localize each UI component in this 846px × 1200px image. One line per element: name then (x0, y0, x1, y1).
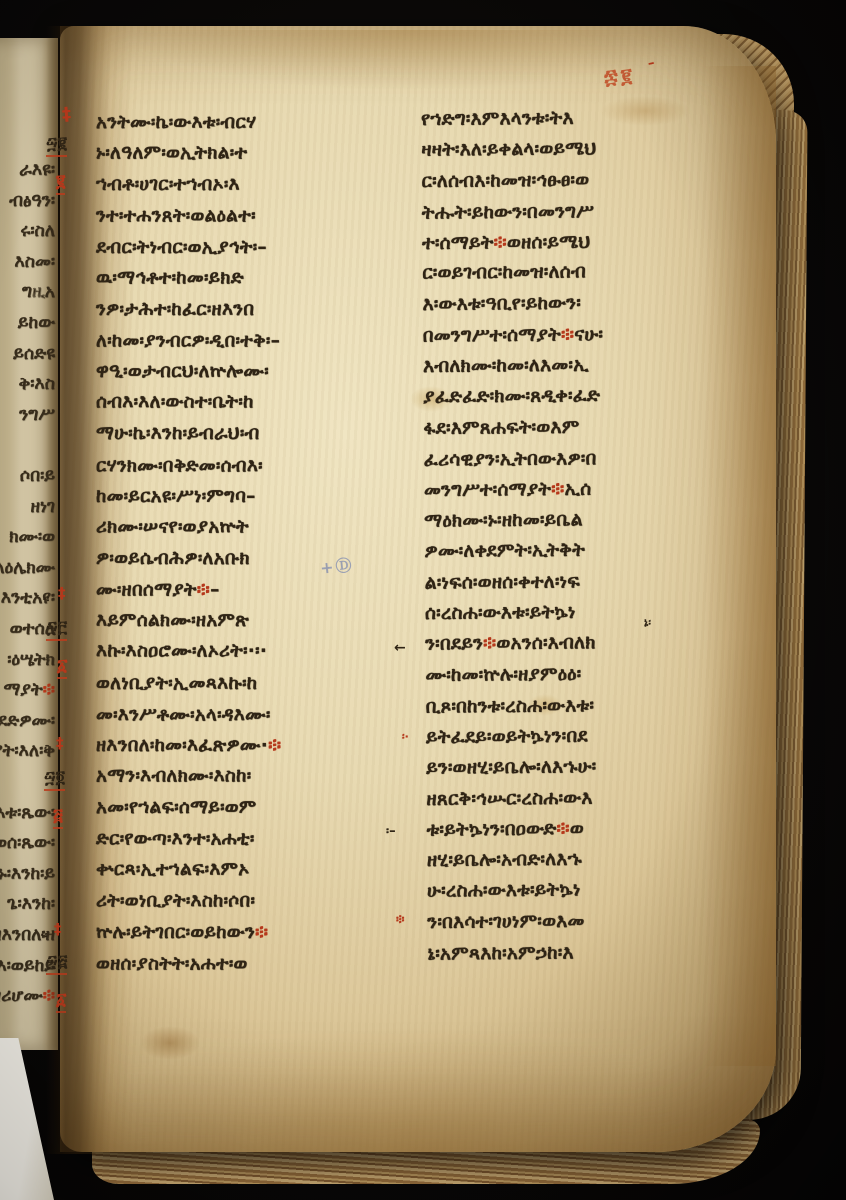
text-line: ሰብእ፡እለ፡ውስተ፡ቤት፡ከ (96, 392, 420, 423)
text-line: ኵሉ፡ይትገበር፡ወይከውን፨ (96, 922, 420, 953)
black-ink-text: ፡– (266, 331, 280, 352)
black-ink-text: ል፡ነፍሰ፡ወዘሰ፡ቀተለ፡ነፍ (425, 572, 580, 594)
black-ink-text: ዘነገ (31, 497, 55, 517)
black-ink-text: ኀብቶ፡ሀገር፡ተኀብኦ፡እ (96, 174, 240, 195)
black-ink-text: ድር፡የውጣ፡እንተ፡አሐቲ፡ (96, 829, 255, 850)
black-ink-text: እብለክሙ፡ከመ፡ለእመ፡ኢ (423, 355, 589, 377)
facing-fragment-line: ግዚአ (22, 282, 55, 302)
red-cross-mark: ‡ (56, 734, 64, 752)
section-number-black: ፵፭ (46, 952, 67, 975)
text-line: ኑ፡ለዓለም፡ወኢትክል፡ተ (96, 143, 420, 174)
text-line: ሙ፡ዘበሰማያት፨– (96, 580, 420, 611)
black-ink-text: ሙ፡ዘበሰማያት (96, 580, 197, 601)
text-line: ከመ፡ይርአዩ፡ሥነ፡ምግባ– (96, 486, 420, 517)
black-ink-text: እቱ፡ጼው፡ (0, 803, 55, 823)
black-ink-text: ያፈድፈድ፡ክሙ፡ጸዲቀ፡ፈድ (423, 385, 600, 407)
text-line: ያፈድፈድ፡ክሙ፡ጸዲቀ፡ፈድ (423, 384, 753, 417)
stain-spot (140, 1026, 200, 1060)
black-ink-text: እስመ፡ (14, 252, 55, 272)
black-ink-text: ዘእንበለ፡ከመ፡እፈጽዎሙ· (96, 735, 268, 756)
text-line: ደብር፡ትነብር፡ወኢያኅት፡– (96, 237, 420, 268)
black-ink-text: ወአንሰ፡እብለክ (496, 632, 595, 654)
text-line: ቍርጻ፡ኢተኀልፍ፡እምኦ (96, 859, 420, 890)
margin-dots: ፡ (44, 742, 47, 757)
black-ink-text: ርሃንክሙ፡በቅድመ፡ሰብእ፡ (96, 455, 263, 476)
text-line: ርሃንክሙ፡በቅድመ፡ሰብእ፡ (96, 455, 420, 486)
text-line: ን፡በደይን፨ወአንሰ፡እብለክ (425, 631, 755, 664)
text-line: እ፡ውእቱ፡ዓቢየ፡ይከውን፡ (422, 292, 752, 325)
text-line: በመንግሥተ፡ሰማያት፨ናሁ፡ (423, 323, 753, 356)
text-line: ንዎ፡ታሕተ፡ከፈር፡ዘእንበ (96, 299, 420, 330)
canon-number-red: ፭ (53, 806, 63, 829)
text-line: ዘእንበለ፡ከመ፡እፈጽዎሙ·፨ (96, 735, 420, 766)
text-line: መንግሥተ፡ሰማያት፨ኢሰ (424, 477, 754, 510)
facing-fragment-line: ክሙ፡ወ (9, 527, 55, 547)
black-ink-text: ዋዒ፡ወታብርህ፡ለኵሎሙ፡ (96, 361, 269, 382)
facing-page-strip: ራእዩ፡ብፅዓን፡ሩ፡ስለእስመ፡ግዚአይከውይሰድዩቅ፡እስንግሥሶበ፡ይዘነ… (0, 38, 58, 1050)
black-ink-text: በመንግሥተ፡ሰማያት (423, 325, 561, 347)
black-ink-text: ን፡በደይን (425, 633, 483, 654)
black-ink-text: ራእዩ፡ (19, 160, 55, 180)
black-ink-text: ናሁ፡ (574, 324, 603, 345)
black-ink-text: ዎ፡ወይሴብሕዎ፡ለአቡክ (96, 548, 250, 569)
black-ink-text: ቢጾ፡በከንቱ፡ረስሐ፡ውእቱ፡ (426, 695, 595, 717)
red-ink-text: ፨ (556, 819, 570, 840)
black-ink-text: ግዚአ (22, 282, 55, 302)
black-ink-text: ሶበ፡ይ (20, 466, 55, 486)
black-ink-text: ኑ፡እንከ፡ይ (0, 864, 55, 884)
black-ink-text: ላዕሌክሙ (0, 558, 55, 578)
interlinear-correction: ኔ፡ (644, 616, 651, 630)
black-ink-text: ንተ፡ተሐንጸት፡ወልዕልተ፡ (96, 206, 256, 227)
red-ink-text: ፨ (255, 922, 268, 943)
black-ink-text: መንግሥተ፡ሰማያት (424, 479, 551, 501)
red-separator-mark: ፨ (396, 912, 404, 927)
text-line: ለ፡ከመ፡ያንብርዎ፡ዲበ፡ተቅ፡– (96, 331, 420, 362)
red-ink-text: ፨ (561, 325, 575, 346)
red-ink-text: ፨ (268, 735, 281, 756)
black-ink-text: የኀድግ፡እምእላንቱ፡ትእ (421, 108, 574, 130)
black-ink-text: ·፡· (248, 641, 267, 662)
black-ink-text: ኢሰ (564, 478, 591, 499)
stain-bottom (90, 992, 730, 1152)
facing-fragment-line: ኑ፡እንከ፡ይ (0, 864, 55, 884)
text-line: ተ፡ሰማይት፨ወዘሰ፡ይሜህ (422, 230, 752, 263)
text-line: ር፡ለሰብእ፡ከመዝ፡ኅፁፀ፡ወ (421, 168, 751, 201)
red-cross-mark: ‡ (58, 584, 66, 602)
black-ink-text: ሙ፡ከመ፡ኵሉ፡ዘያምዕዕ፡ (425, 664, 581, 686)
margin-dots: ·፡ (42, 592, 49, 607)
text-line: አመ፡የኀልፍ፡ሰማይ፡ወም (96, 797, 420, 828)
text-line: ር፡ወይገብር፡ከመዝ፡ለሰብ (422, 260, 752, 293)
facing-fragment-line: ደድዎሙ፡ (0, 711, 55, 731)
black-ink-text: ወ (570, 819, 584, 840)
black-ink-text: እይምሰልክሙ፡ዘአምጽ (96, 610, 249, 631)
text-line: ቱ፡ይትኴነን፡በዐውድ፨ወ (427, 817, 757, 850)
black-ink-text: ር፡ወይገብር፡ከመዝ፡ለሰብ (422, 262, 586, 284)
black-ink-text: ደድዎሙ፡ (0, 711, 55, 731)
text-line: ይን፡ወዘሂ፡ይቤሎ፡ለእኁሁ፡ (426, 755, 756, 788)
black-ink-text: እገሪሆሙ (0, 986, 43, 1006)
black-ink-text: ንግሥ (19, 405, 55, 425)
text-line: ሁ፡ረስሐ፡ውእቱ፡ይትኴነ (427, 878, 757, 911)
black-ink-text: ማሁ፡ኬ፡እንከ፡ይብራህ፡ብ (96, 423, 260, 444)
black-ink-text: አማን፡እብለክሙ፡እስከ፡ (96, 766, 251, 787)
black-ink-text: ኵሉ፡ይትገበር፡ወይከውን (96, 922, 255, 943)
facing-fragment-line: እገሪሆሙ፨ (0, 986, 55, 1006)
red-cross-mark: ‡ (54, 920, 62, 938)
facing-fragment-line: እስመ፡ (14, 252, 55, 272)
black-ink-text: ዘሂ፡ይቤሎ፡አብድ፡ለእኁ (427, 849, 582, 871)
facing-fragment-line: ማያት፨ (3, 680, 55, 700)
facing-fragment-line: ወሰ፡ጼው፡ (0, 833, 55, 853)
black-ink-text: ይከው (18, 313, 55, 333)
black-ink-text: ክሙ፡ወ (9, 527, 55, 547)
black-ink-text: ፋደ፡እምጸሐፍት፡ወእም (423, 417, 579, 439)
text-line: መ፡እንሥቶሙ፡አላ፡ዳእሙ፡ (96, 704, 420, 735)
black-ink-text: ደብር፡ትነብር፡ወኢያኅት (96, 237, 253, 258)
margin-dots: ·፡ (40, 928, 47, 943)
text-line: ፋደ፡እምጸሐፍት፡ወእም (423, 415, 753, 448)
black-ink-text: ከመ፡ይርአዩ፡ሥነ፡ምግባ (96, 486, 246, 507)
canon-number-red: ፩ (56, 990, 66, 1013)
text-column-right: የኀድግ፡እምእላንቱ፡ትእዛዛት፡እለ፡ይቀልላ፡ወይሜህር፡ለሰብእ፡ከመዝ… (421, 106, 758, 974)
black-ink-text: ዎሙ፡ለቀደምት፡ኢትቅት (424, 540, 585, 562)
black-ink-text: ር፡ለሰብእ፡ከመዝ፡ኅፁፀ፡ወ (421, 169, 589, 191)
black-ink-text: ዛዛት፡እለ፡ይቀልላ፡ወይሜህ (421, 138, 596, 160)
section-number-black: ፵፬ (44, 768, 65, 791)
white-paper-corner (0, 1038, 54, 1200)
folio-number: ፷፪ (603, 63, 635, 89)
section-number-black: ፵፫ (46, 618, 67, 641)
text-line: ማዕክሙ፡ኑ፡ዘከመ፡ይቤል (424, 508, 754, 541)
text-line: ል፡ነፍሰ፡ወዘሰ፡ቀተለ፡ነፍ (425, 570, 755, 603)
facing-fragment-line: ጌ፡እንከ፡ (7, 894, 55, 914)
black-ink-text: ሩ፡ስለ (20, 221, 55, 241)
black-ink-text: ተ፡ሰማይት (422, 232, 494, 254)
red-ink-text: ፨ (494, 232, 508, 253)
facing-fragment-line: ብፅዓን፡ (9, 191, 55, 211)
text-line: ሪት፡ወነቢያት፡እስከ፡ሶበ፡ (96, 890, 420, 921)
text-line: አማን፡እብለክሙ፡እስከ፡ (96, 766, 420, 797)
black-ink-text: ሪት፡ወነቢያት፡እስከ፡ሶበ፡ (96, 890, 255, 911)
text-line: ፈሪሳዊያን፡ኢትበውእዎ፡በ (424, 447, 754, 480)
text-line: የኀድግ፡እምእላንቱ፡ትእ (421, 106, 751, 139)
black-ink-text: ፈሪሳዊያን፡ኢትበውእዎ፡በ (424, 448, 597, 470)
manuscript-photo: ራእዩ፡ብፅዓን፡ሩ፡ስለእስመ፡ግዚአይከውይሰድዩቅ፡እስንግሥሶበ፡ይዘነ… (0, 0, 846, 1200)
text-line: ወዘሰ፡ያስትት፡አሐተ፡ወ (96, 953, 420, 984)
black-ink-text: ንዎ፡ታሕተ፡ከፈር፡ዘእንበ (96, 299, 254, 320)
facing-fragment-line: ንግሥ (19, 405, 55, 425)
section-number-black: ፵፪ (46, 134, 67, 157)
text-line: ኔ፡አምጻእከ፡አምኃከ፡እ (428, 941, 758, 974)
text-line: ንተ፡ተሐንጸት፡ወልዕልተ፡ (96, 206, 420, 237)
canon-number-red: ፪ (56, 172, 65, 195)
red-ink-text: ፨ (43, 680, 55, 700)
black-ink-text: ቅ፡እስ (18, 374, 55, 394)
red-ink-text: ፨ (483, 633, 497, 654)
black-ink-text: – (246, 486, 256, 507)
margin-dash: ፡– (386, 824, 396, 839)
correction-arrow-mark: ← (394, 640, 406, 656)
text-line: ቢጾ፡በከንቱ፡ረስሐ፡ውእቱ፡ (426, 694, 756, 727)
black-ink-text: ዉ፡ማኅቶተ፡ከመ፡ይክድ (96, 267, 244, 288)
red-cross-mark: ‡ (61, 104, 71, 126)
facing-fragment-line: እቱ፡ጼው፡ (0, 803, 55, 823)
text-line: እብለክሙ፡ከመ፡ለእመ፡ኢ (423, 354, 753, 387)
facing-fragment-line: ላዕሌክሙ (0, 558, 55, 578)
stain-top (80, 30, 740, 114)
text-line: ዘሂ፡ይቤሎ፡አብድ፡ለእኁ (427, 848, 757, 881)
black-ink-text: ማያት (3, 680, 42, 700)
black-ink-text: ሪክሙ፡ሠናየ፡ወያአኵት (96, 516, 249, 537)
text-line: ዉ፡ማኅቶተ፡ከመ፡ይክድ (96, 267, 420, 298)
text-line: አንትሙ፡ኬ፡ውእቱ፡ብርሃ (96, 112, 420, 143)
black-ink-text: ወለነቢያት፡ኢመጻእኩ፡ከ (96, 673, 257, 694)
black-ink-text: ሁ፡ረስሐ፡ውእቱ፡ይትኴነ (427, 880, 581, 902)
black-ink-text: ለ፡ከመ፡ያንብርዎ፡ዲበ፡ተቅ (96, 331, 266, 352)
text-line: ሰ፡ረስሐ፡ውእቱ፡ይትኴነ (425, 601, 755, 634)
facing-fragment-line: ሶበ፡ይ (20, 466, 55, 486)
facing-fragment-line: ይከው (18, 313, 55, 333)
black-ink-text: ኔ፡አምጻእከ፡አምኃከ፡እ (428, 942, 574, 964)
black-ink-text: ጌ፡እንከ፡ (7, 894, 55, 914)
black-ink-text: ፡– (253, 237, 267, 258)
text-line: ዛዛት፡እለ፡ይቀልላ፡ወይሜህ (421, 137, 751, 170)
red-ink-text: ፨ (551, 479, 565, 500)
black-ink-text: ኑ፡ለዓለም፡ወኢትክል፡ተ (96, 143, 247, 164)
canon-number-red: ፩ (57, 656, 67, 679)
facing-fragment-line: ሩ፡ስለ (20, 221, 55, 241)
text-line: ዎ፡ወይሴብሕዎ፡ለአቡክ (96, 548, 420, 579)
black-ink-text: እኩ፡እስዐሮሙ፡ለኦሪት፡ (96, 641, 248, 662)
black-ink-text: ወሰ፡ጼው፡ (0, 833, 55, 853)
black-ink-text: ፡ዕሤትክ (7, 650, 55, 670)
black-ink-text: መ፡እንሥቶሙ፡አላ፡ዳእሙ፡ (96, 704, 271, 725)
text-line: ዘጸርቅ፡ኅሡር፡ረስሐ፡ውእ (426, 786, 756, 819)
modern-blue-annotation: +Ⓓ (319, 552, 355, 578)
facing-fragment-line: ፡ዕሤትክ (7, 650, 55, 670)
text-line: ን፡በእሳተ፡ገሀነም፡ወእመ (427, 910, 757, 943)
black-ink-text: ወዘሰ፡ይሜህ (507, 231, 591, 253)
black-ink-text: አመ፡የኀልፍ፡ሰማይ፡ወም (96, 797, 257, 818)
black-ink-text: ይትፈደይ፡ወይትኴነን፡በደ (426, 726, 588, 748)
black-ink-text: ቱ፡ይትኴነን፡በዐውድ (427, 819, 557, 841)
facing-fragment-line: ዘነገ (31, 497, 55, 517)
red-ink-text: ፨ (43, 986, 55, 1006)
text-line: እይምሰልክሙ፡ዘአምጽ (96, 610, 420, 641)
facing-fragment-line: ራእዩ፡ (19, 160, 55, 180)
text-line: ይትፈደይ፡ወይትኴነን፡በደ (426, 724, 756, 757)
black-ink-text: ዘጸርቅ፡ኅሡር፡ረስሐ፡ውእ (426, 787, 592, 809)
black-ink-text: ብፅዓን፡ (9, 191, 55, 211)
text-line: ማሁ፡ኬ፡እንከ፡ይብራህ፡ብ (96, 423, 420, 454)
black-ink-text: እ፡ውእቱ፡ዓቢየ፡ይከውን፡ (422, 293, 581, 315)
red-margin-dots: ፡· (402, 730, 409, 744)
red-ink-text: ፨ (197, 580, 210, 601)
black-ink-text: ቍርጻ፡ኢተኀልፍ፡እምኦ (96, 859, 250, 880)
text-line: ዋዒ፡ወታብርህ፡ለኵሎሙ፡ (96, 361, 420, 392)
black-ink-text: አንትሙ፡ኬ፡ውእቱ፡ብርሃ (96, 112, 256, 133)
black-ink-text: ይሰድዩ (13, 344, 55, 364)
black-ink-text: ትሑት፡ይከውን፡በመንግሥ (422, 201, 594, 223)
text-line: እኩ፡እስዐሮሙ፡ለኦሪት፡·፡· (96, 641, 420, 672)
text-line: ትሑት፡ይከውን፡በመንግሥ (422, 200, 752, 233)
text-line: ወለነቢያት፡ኢመጻእኩ፡ከ (96, 673, 420, 704)
facing-fragment-line: ይሰድዩ (13, 344, 55, 364)
text-line: ዎሙ፡ለቀደምት፡ኢትቅት (424, 539, 754, 572)
black-ink-text: ሰ፡ረስሐ፡ውእቱ፡ይትኴነ (425, 602, 576, 624)
black-ink-text: – (210, 580, 220, 601)
text-line: ኀብቶ፡ሀገር፡ተኀብኦ፡እ (96, 174, 420, 205)
text-line: ሙ፡ከመ፡ኵሉ፡ዘያምዕዕ፡ (425, 662, 755, 695)
black-ink-text: ማዕክሙ፡ኑ፡ዘከመ፡ይቤል (424, 509, 583, 531)
text-column-left: አንትሙ፡ኬ፡ውእቱ፡ብርሃኑ፡ለዓለም፡ወኢትክል፡ተኀብቶ፡ሀገር፡ተኀብኦ… (96, 112, 420, 984)
black-ink-text: ይን፡ወዘሂ፡ይቤሎ፡ለእኁሁ፡ (426, 756, 596, 778)
text-line: ሪክሙ፡ሠናየ፡ወያአኵት (96, 516, 420, 547)
text-line: ድር፡የውጣ፡እንተ፡አሐቲ፡ (96, 829, 420, 860)
black-ink-text: ሰብእ፡እለ፡ውስተ፡ቤት፡ከ (96, 392, 254, 413)
black-ink-text: ወዘሰ፡ያስትት፡አሐተ፡ወ (96, 953, 248, 974)
facing-fragment-line: ቅ፡እስ (18, 374, 55, 394)
black-ink-text: ን፡በእሳተ፡ገሀነም፡ወእመ (427, 911, 584, 933)
